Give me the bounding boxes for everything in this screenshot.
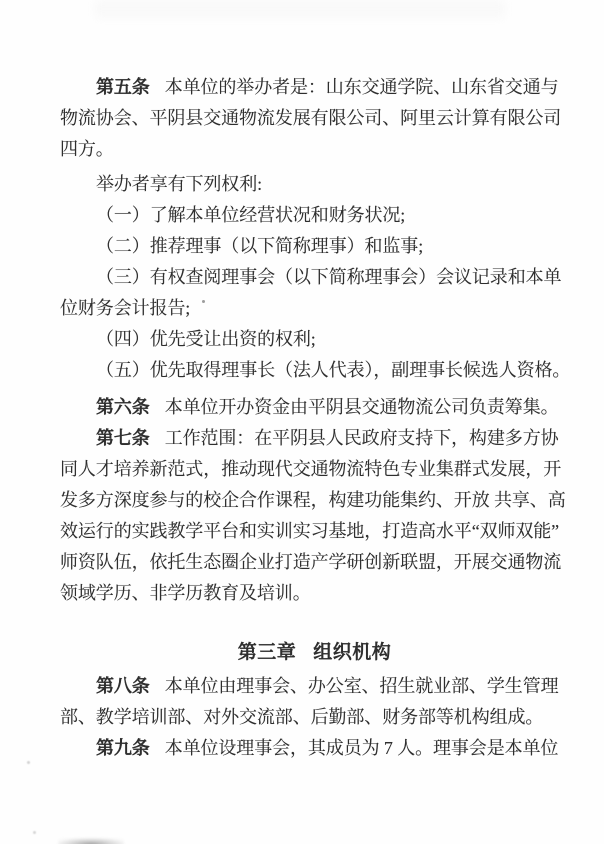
scan-speck-artifact [33,831,36,834]
scan-speck-artifact [27,761,30,764]
clause-number: 第九条 [96,738,150,758]
clause-text: 效运行的实践教学平台和实训实习基地，打造高水平“双师双能” [60,521,559,541]
text-line: 领域学历、非学历教育及培训。 [60,578,547,609]
list-item-line: （三）有权查阅理事会（以下简称理事会）会议记录和本单 [60,262,547,293]
list-item-line: （二）推荐理事（以下简称理事）和监事; [60,231,547,262]
clause-text: 同人才培养新范式，推动现代交通物流特色专业集群式发展，开 [60,459,561,479]
text-line: 位财务会计报告; [60,293,547,324]
clause-text: （五）优先取得理事长（法人代表），副理事长候选人资格。 [96,360,570,380]
text-line: 物流协会、平阴县交通物流发展有限公司、阿里云计算有限公司 [60,103,547,134]
text-line: 部、教学培训部、对外交流部、后勤部、财务部等机构组成。 [60,702,547,733]
clause-line: 第七条工作范围：在平阴县人民政府支持下，构建多方协 [60,423,547,454]
list-item-line: （一）了解本单位经营状况和财务状况; [60,200,547,231]
clause-text: 发多方深度参与的校企合作课程，构建功能集约、开放 共享、高 [60,490,566,510]
clause-number: 第七条 [96,428,150,448]
clause-text: 本单位设理事会，其成员为 7 人。理事会是本单位 [165,738,559,758]
clause-number: 第八条 [96,676,150,696]
text-line: 四方。 [60,134,547,165]
clause-text: 四方。 [60,139,114,159]
text-line: 效运行的实践教学平台和实训实习基地，打造高水平“双师双能” [60,516,547,547]
clause-text: 本单位的举办者是：山东交通学院、山东省交通与 [165,77,559,97]
chapter-title: 组织机构 [313,642,391,663]
list-item-line: （四）优先受让出资的权利; [60,324,547,355]
clause-text: 举办者享有下列权利: [96,174,262,194]
text-line: 发多方深度参与的校企合作课程，构建功能集约、开放 共享、高 [60,485,547,516]
clause-line: 第八条本单位由理事会、办公室、招生就业部、学生管理 [60,671,547,702]
scan-smudge-artifact [58,838,124,844]
document-body: 第五条本单位的举办者是：山东交通学院、山东省交通与 物流协会、平阴县交通物流发展… [60,72,547,764]
clause-text: （四）优先受让出资的权利; [96,329,316,349]
clause-text: 本单位由理事会、办公室、招生就业部、学生管理 [165,676,559,696]
clause-line: 第五条本单位的举办者是：山东交通学院、山东省交通与 [60,72,547,103]
clause-text: （二）推荐理事（以下简称理事）和监事; [96,236,423,256]
clause-text: 位财务会计报告; [60,298,190,318]
clause-number: 第六条 [96,397,150,417]
clause-text: 本单位开办资金由平阴县交通物流公司负责筹集。 [165,397,559,417]
clause-text: 部、教学培训部、对外交流部、后勤部、财务部等机构组成。 [60,707,543,727]
list-item-line: （五）优先取得理事长（法人代表），副理事长候选人资格。 [60,355,547,386]
clause-line: 第九条本单位设理事会，其成员为 7 人。理事会是本单位 [60,733,547,764]
clause-text: 领域学历、非学历教育及培训。 [60,583,311,603]
chapter-heading: 第三章组织机构 [60,637,547,668]
text-line: 同人才培养新范式，推动现代交通物流特色专业集群式发展，开 [60,454,547,485]
clause-line: 第六条本单位开办资金由平阴县交通物流公司负责筹集。 [60,392,547,423]
text-line: 师资队伍，依托生态圈企业打造产学研创新联盟，开展交通物流 [60,547,547,578]
clause-text: 工作范围：在平阴县人民政府支持下，构建多方协 [165,428,559,448]
clause-text: 师资队伍，依托生态圈企业打造产学研创新联盟，开展交通物流 [60,552,561,572]
clause-number: 第五条 [96,77,150,97]
chapter-number: 第三章 [238,642,297,663]
text-line: 举办者享有下列权利: [60,169,547,200]
clause-text: 物流协会、平阴县交通物流发展有限公司、阿里云计算有限公司 [60,108,561,128]
clause-text: （一）了解本单位经营状况和财务状况; [96,205,405,225]
scan-shade-artifact [95,0,505,18]
scanned-document-page: 第五条本单位的举办者是：山东交通学院、山东省交通与 物流协会、平阴县交通物流发展… [0,0,604,844]
clause-text: （三）有权查阅理事会（以下简称理事会）会议记录和本单 [96,267,561,287]
